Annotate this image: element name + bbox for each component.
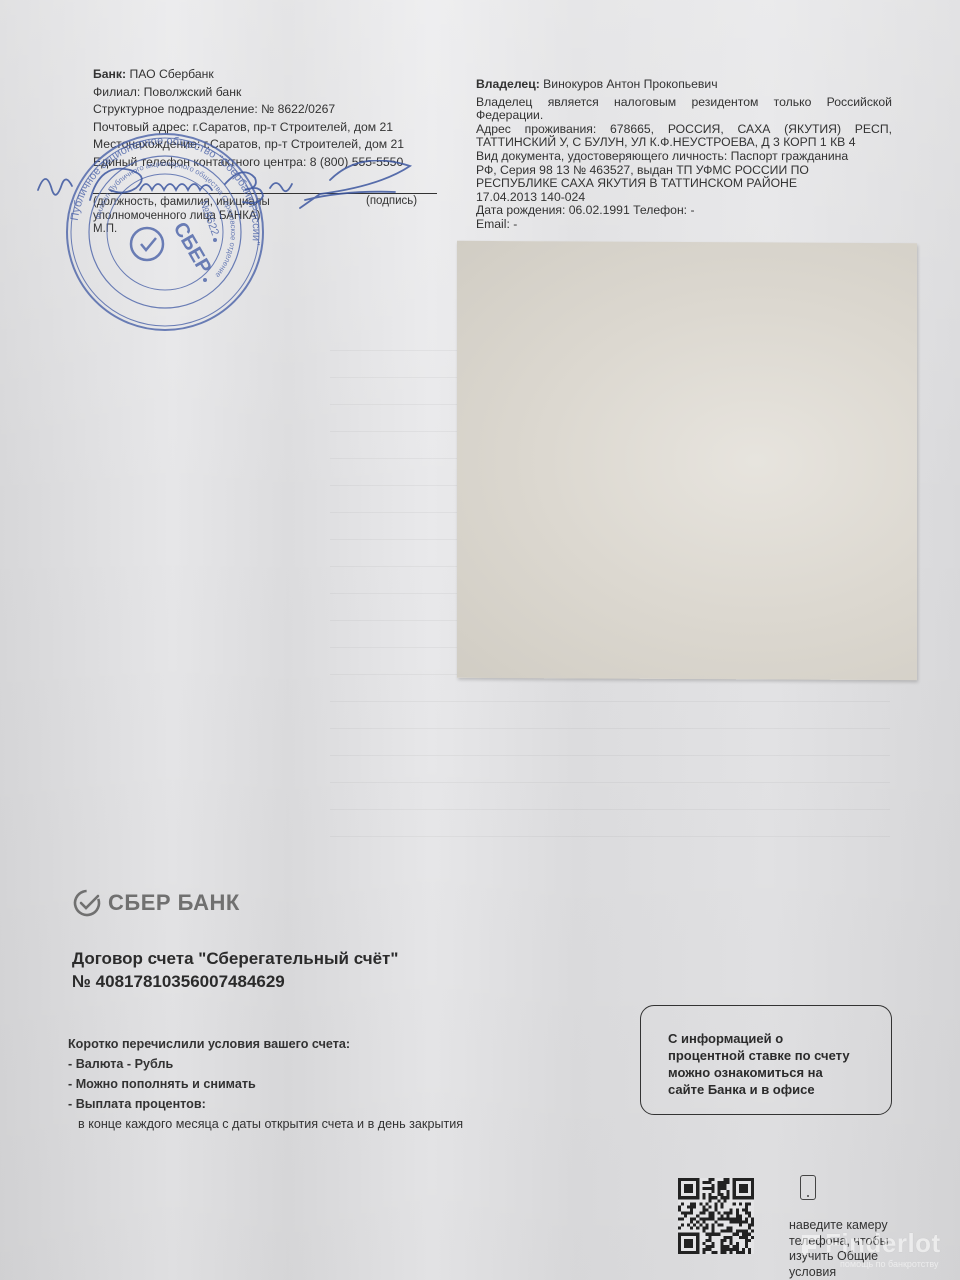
info-line: С информацией о (668, 1030, 877, 1047)
bank-label: Банк: (93, 67, 126, 81)
info-line: можно ознакомиться на (668, 1064, 877, 1081)
condition-item: - Валюта - Рубль (68, 1054, 463, 1074)
id-document-line-3: РЕСПУБЛИКЕ САХА ЯКУТИЯ В ТАТТИНСКОМ РАЙО… (476, 177, 892, 191)
address-line-2: ТАТТИНСКИЙ У, С БУЛУН, УЛ К.Ф.НЕУСТРОЕВА… (476, 136, 892, 150)
contract-heading: Договор счета "Сберегательный счёт" № 40… (72, 947, 398, 993)
owner-label: Владелец: (476, 77, 540, 91)
bank-value: ПАО Сбербанк (129, 67, 213, 81)
account-conditions: Коротко перечислили условия вашего счета… (68, 1034, 463, 1134)
tax-status-line-1: Владелец является налоговым резидентом т… (476, 96, 892, 110)
conditions-heading: Коротко перечислили условия вашего счета… (68, 1034, 463, 1054)
contract-title: Договор счета "Сберегательный счёт" (72, 947, 398, 970)
hint-line: условия (789, 1265, 909, 1280)
owner-name: Винокуров Антон Прокопьевич (543, 77, 717, 91)
tax-status-line-2: Федерации. (476, 109, 892, 123)
owner-name-row: Владелец: Винокуров Антон Прокопьевич (476, 78, 892, 92)
condition-item: - Выплата процентов: (68, 1094, 463, 1114)
condition-item: - Можно пополнять и снимать (68, 1074, 463, 1094)
hint-line: наведите камеру (789, 1218, 909, 1234)
interest-rate-info-box: С информацией о процентной ставке по сче… (640, 1005, 892, 1115)
sber-bank-logo: СБЕР БАНК (72, 888, 240, 918)
sber-check-icon (72, 888, 102, 918)
id-document-line-1: Вид документа, удостоверяющего личность:… (476, 150, 892, 164)
bank-name-row: Банк: ПАО Сбербанк (93, 66, 404, 84)
interest-payment-detail: в конце каждого месяца с даты открытия с… (68, 1114, 463, 1134)
info-line: процентной ставке по счету (668, 1047, 877, 1064)
owner-info: Владелец: Винокуров Антон Прокопьевич Вл… (476, 78, 892, 232)
qr-hint: наведите камеру телефона, чтобы изучить … (789, 1218, 909, 1280)
logo-text: СБЕР БАНК (108, 890, 240, 916)
info-line: сайте Банка и в офисе (668, 1081, 877, 1098)
handwritten-signature-icon (30, 160, 450, 210)
account-number: № 40817810356007484629 (72, 970, 398, 993)
hint-line: изучить Общие (789, 1249, 909, 1265)
division: Структурное подразделение: № 8622/0267 (93, 101, 404, 119)
smartphone-icon (800, 1175, 816, 1200)
birth-date-phone: Дата рождения: 06.02.1991 Телефон: - (476, 204, 892, 218)
email: Email: - (476, 218, 892, 232)
redaction-sticker (457, 241, 917, 680)
qr-code-icon[interactable] (678, 1178, 754, 1254)
branch: Филиал: Поволжский банк (93, 84, 404, 102)
id-document-line-4: 17.04.2013 140-024 (476, 191, 892, 205)
hint-line: телефона, чтобы (789, 1234, 909, 1250)
